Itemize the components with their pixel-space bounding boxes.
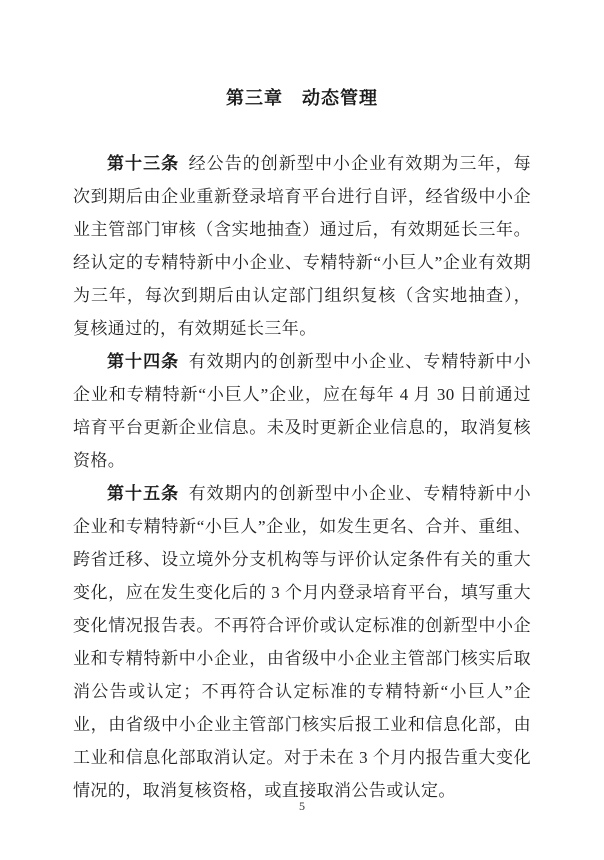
article-15-number: 第十五条	[107, 484, 179, 503]
article-13-number: 第十三条	[107, 154, 179, 173]
article-13-text: 经公告的创新型中小企业有效期为三年，每次到期后由企业重新登录培育平台进行自评，经…	[73, 154, 531, 338]
article-15-text: 有效期内的创新型中小企业、专精特新中小企业和专精特新“小巨人”企业，如发生更名、…	[73, 484, 531, 800]
article-14-paragraph: 第十四条有效期内的创新型中小企业、专精特新中小企业和专精特新“小巨人”企业，应在…	[73, 345, 531, 477]
document-body: 第十三条经公告的创新型中小企业有效期为三年，每次到期后由企业重新登录培育平台进行…	[73, 147, 531, 807]
chapter-title: 第三章 动态管理	[0, 0, 604, 110]
document-page: 第三章 动态管理 第十三条经公告的创新型中小企业有效期为三年，每次到期后由企业重…	[0, 0, 604, 860]
article-13-paragraph: 第十三条经公告的创新型中小企业有效期为三年，每次到期后由企业重新登录培育平台进行…	[73, 147, 531, 345]
article-15-paragraph: 第十五条有效期内的创新型中小企业、专精特新中小企业和专精特新“小巨人”企业，如发…	[73, 477, 531, 807]
article-14-number: 第十四条	[107, 352, 179, 371]
page-number: 5	[0, 799, 604, 814]
